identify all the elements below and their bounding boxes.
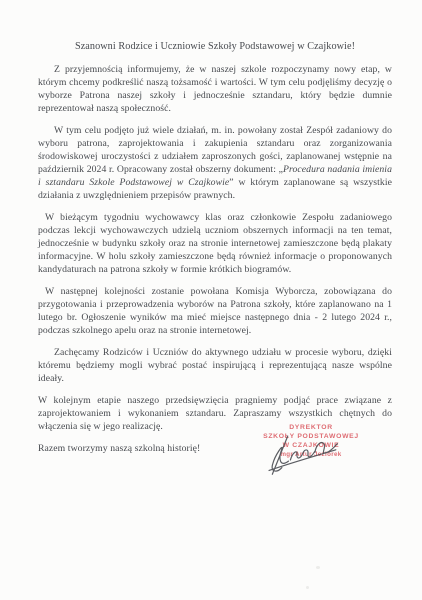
scanned-letter-page: Szanowni Rodzice i Uczniowie Szkoły Pods…	[0, 0, 422, 600]
paragraph-encouragement: Zachęcamy Rodziców i Uczniów do aktywneg…	[38, 346, 392, 385]
scan-speck	[316, 566, 320, 569]
director-signature	[251, 429, 358, 478]
letter-body: Szanowni Rodzice i Uczniowie Szkoły Pods…	[38, 40, 392, 464]
paragraph-actions: W tym celu podjęto już wiele działań, m.…	[38, 124, 392, 202]
signature-scribble	[251, 429, 358, 478]
scan-speck	[306, 586, 309, 589]
paragraph-intro: Z przyjemnością informujemy, że w naszej…	[38, 63, 392, 115]
letter-salutation: Szanowni Rodzice i Uczniowie Szkoły Pods…	[38, 40, 392, 53]
stamp-title: DYREKTOR	[245, 423, 377, 432]
paragraph-information: W bieżącym tygodniu wychowawcy klas oraz…	[38, 211, 392, 276]
paragraph-election: W następnej kolejności zostanie powołana…	[38, 285, 392, 337]
